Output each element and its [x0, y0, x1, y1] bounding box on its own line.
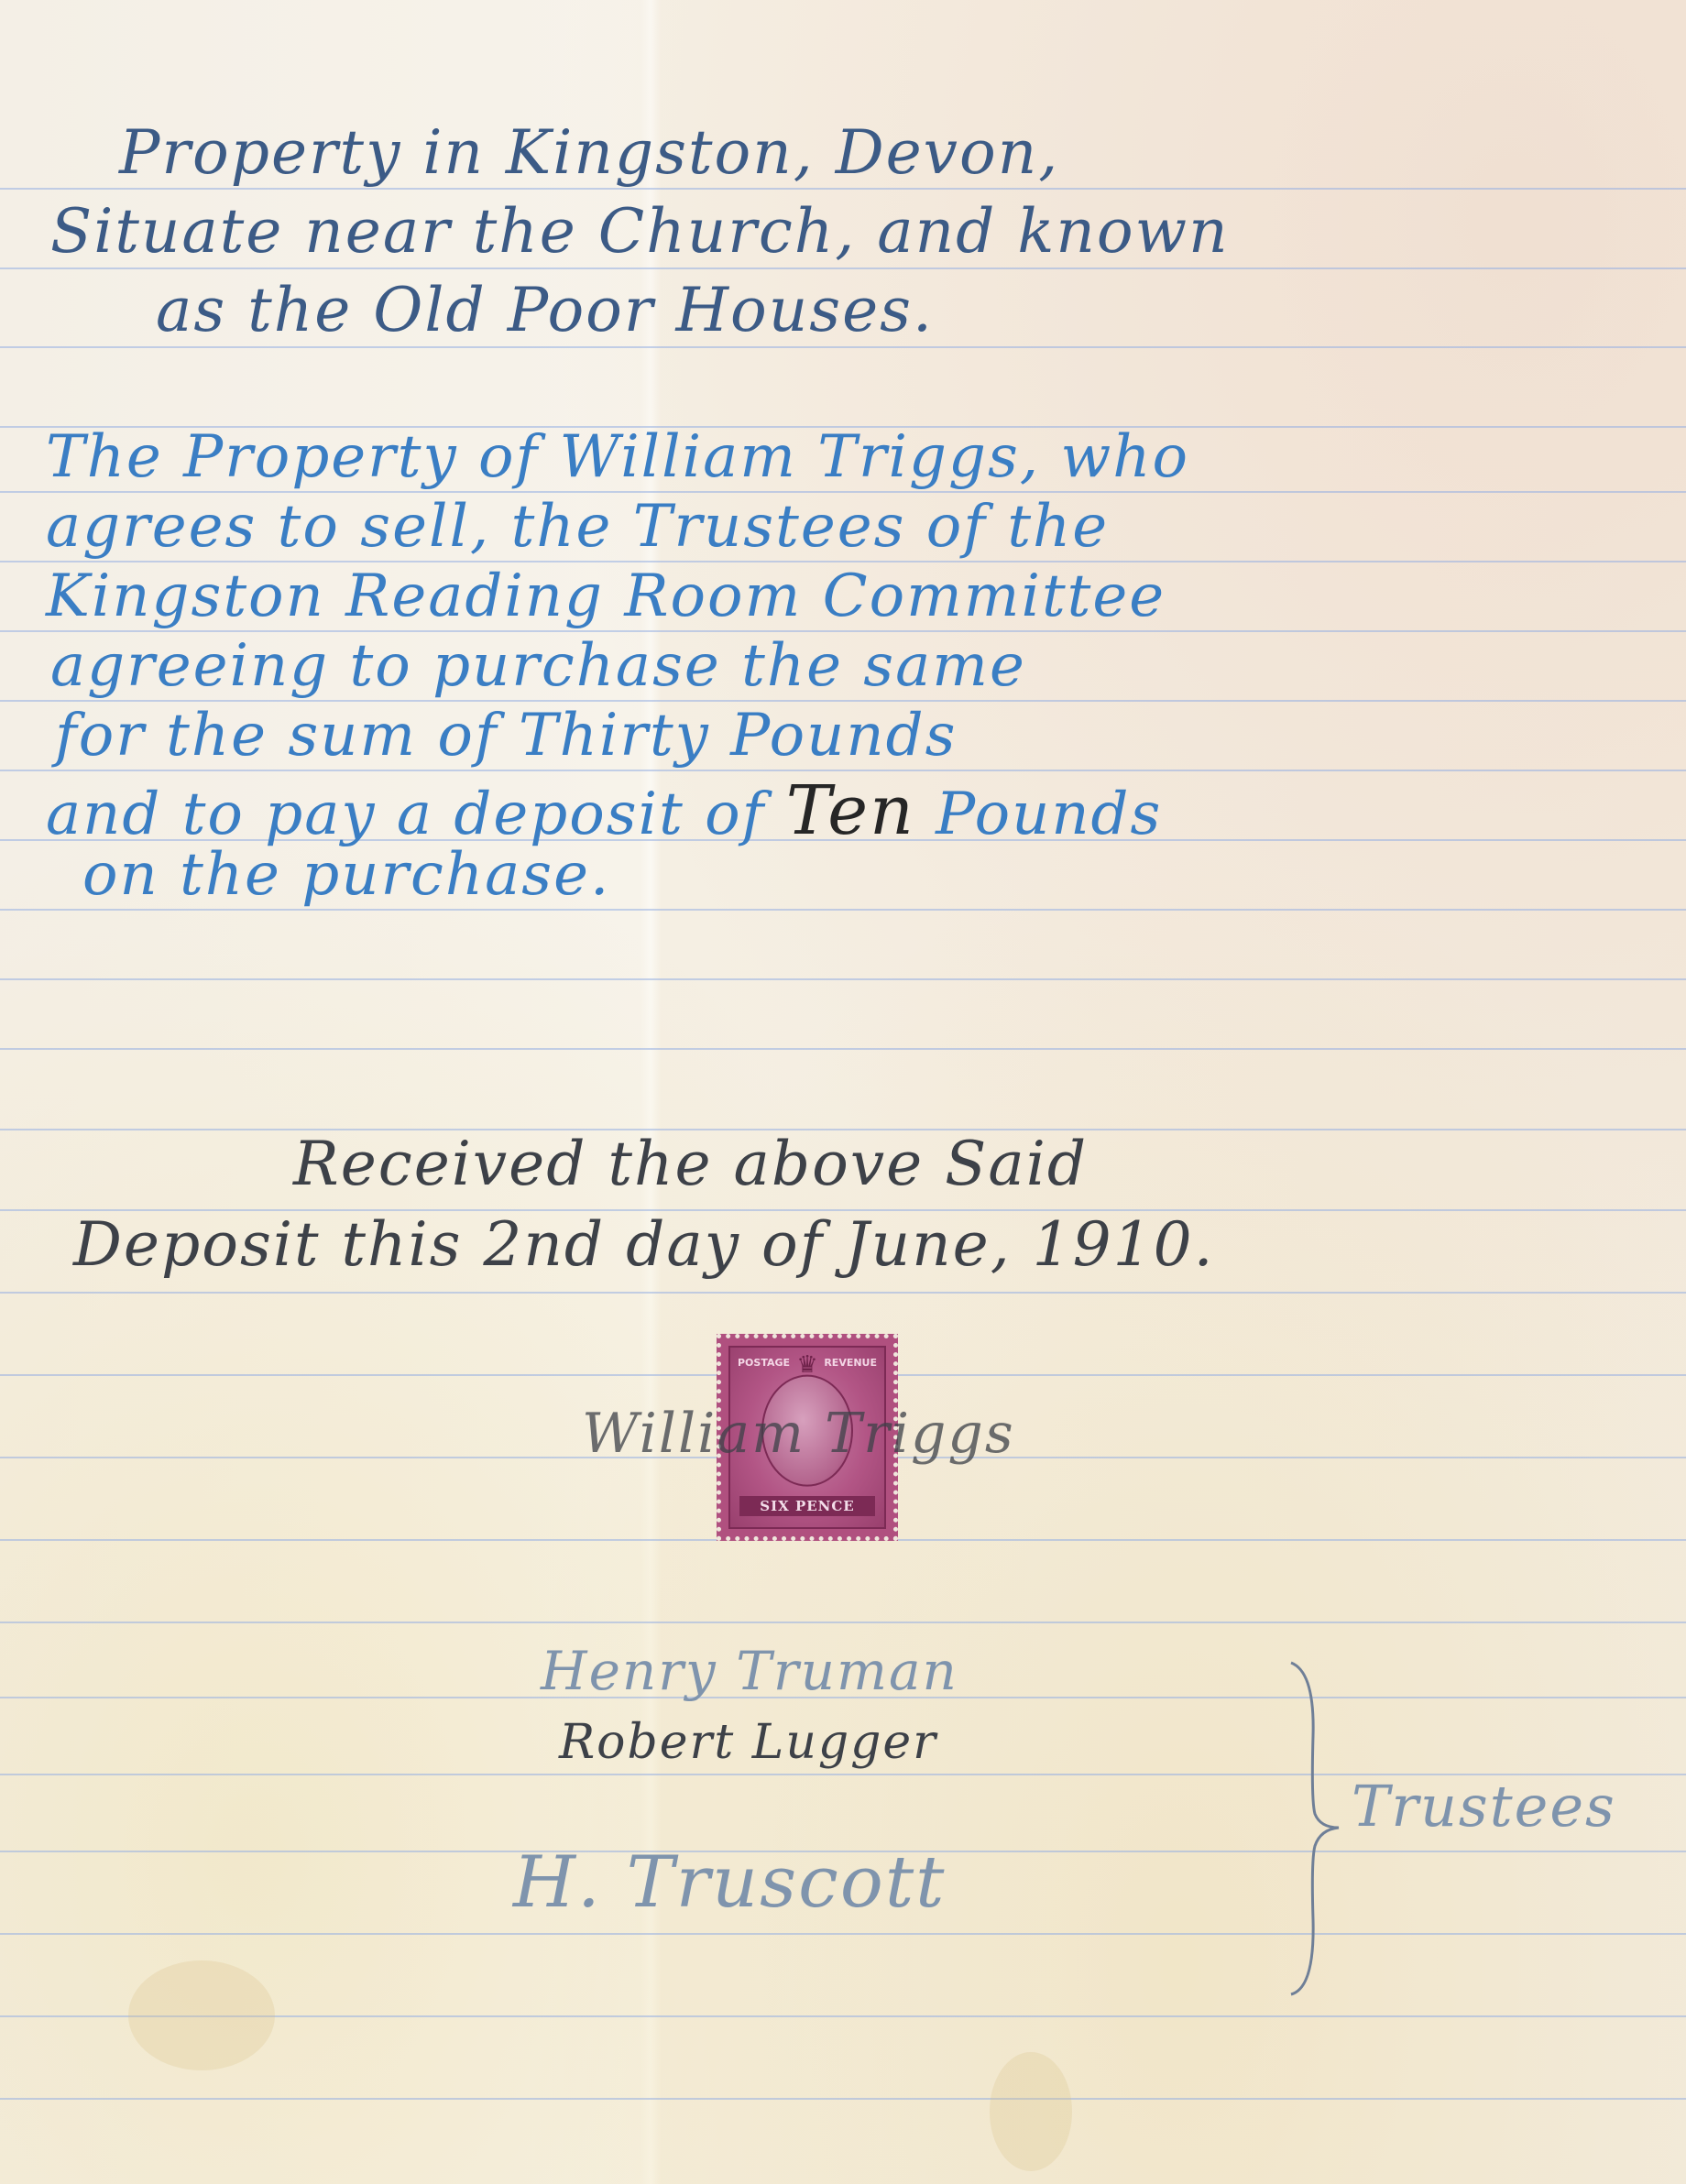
ruled-line [0, 188, 1686, 190]
stamp-postage-label: POSTAGE [738, 1357, 790, 1369]
receipt-line-1: Received the above Said [293, 1129, 1088, 1199]
ruled-line [0, 1933, 1686, 1935]
stain [128, 1960, 275, 2070]
heading-line-2: Situate near the Church, and known [50, 196, 1230, 267]
ruled-line [0, 1622, 1686, 1623]
stamp-header: POSTAGE REVENUE [730, 1357, 884, 1369]
stamp-value: SIX PENCE [739, 1496, 875, 1516]
seller-signature: William Triggs [582, 1402, 1015, 1466]
ruled-line [0, 1048, 1686, 1050]
ruled-line [0, 268, 1686, 269]
stain [990, 2052, 1072, 2171]
agreement-line-4: agreeing to purchase the same [50, 632, 1026, 700]
deposit-prefix: and to pay a deposit of [46, 781, 765, 848]
agreement-line-2: agrees to sell, the Trustees of the [46, 493, 1109, 561]
brace-icon [1278, 1654, 1342, 2002]
trustee-signature-2: Robert Lugger [559, 1715, 937, 1770]
deposit-suffix: Pounds [936, 781, 1162, 848]
receipt-line-2: Deposit this 2nd day of June, 1910. [73, 1209, 1215, 1280]
ruled-line [0, 346, 1686, 348]
heading-line-1: Property in Kingston, Devon, [119, 117, 1059, 188]
agreement-line-5: for the sum of Thirty Pounds [55, 702, 957, 770]
ruled-line [0, 909, 1686, 911]
stamp-revenue-label: REVENUE [824, 1357, 877, 1369]
ruled-line [0, 978, 1686, 980]
trustee-signature-1: Henry Truman [541, 1640, 958, 1702]
heading-line-3: as the Old Poor Houses. [156, 275, 934, 345]
agreement-line-6: and to pay a deposit of Ten Pounds [46, 771, 1162, 850]
ruled-line [0, 1292, 1686, 1294]
agreement-line-1: The Property of William Triggs, who [46, 423, 1189, 491]
ruled-line [0, 2098, 1686, 2100]
agreement-line-7: on the purchase. [82, 841, 610, 909]
deposit-amount: Ten [786, 771, 915, 850]
agreement-line-3: Kingston Reading Room Committee [46, 562, 1166, 630]
trustees-label: Trustees [1352, 1773, 1616, 1840]
trustee-signature-3: H. Truscott [513, 1841, 947, 1924]
